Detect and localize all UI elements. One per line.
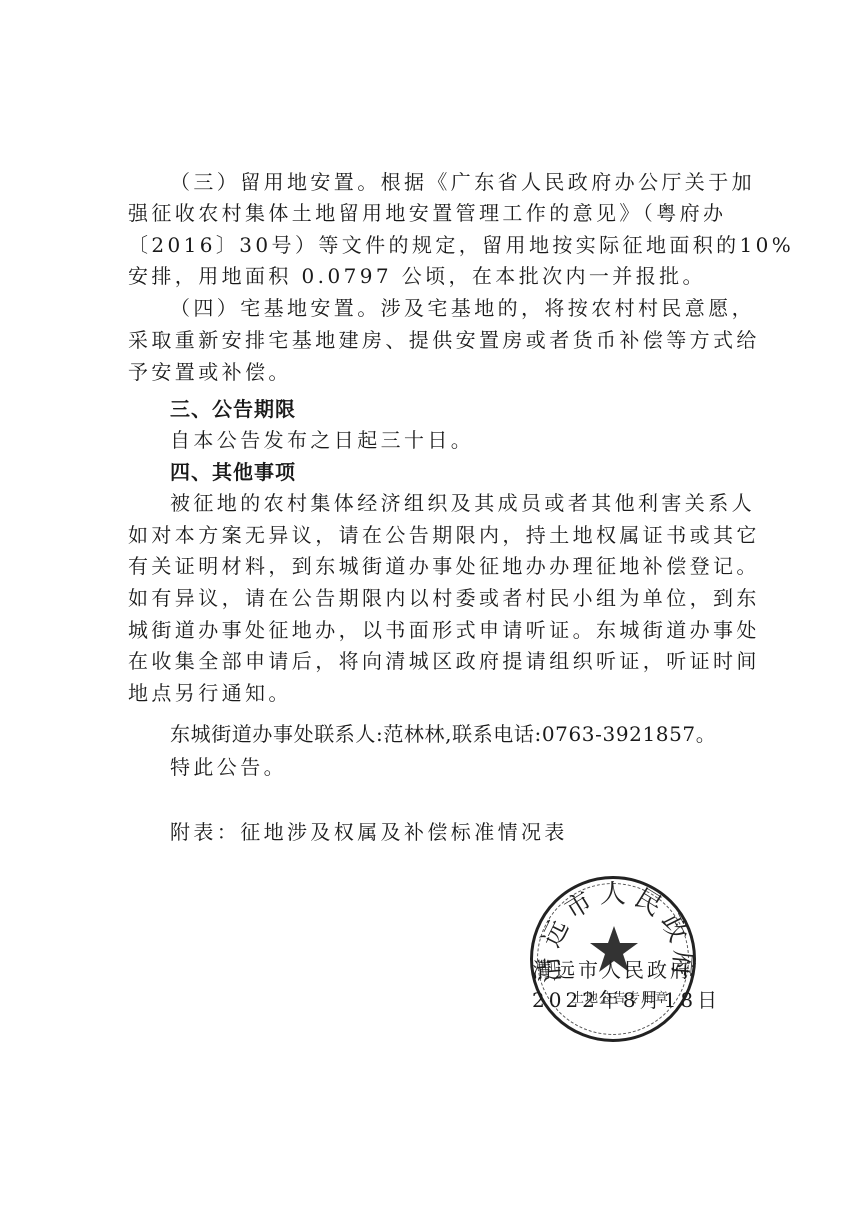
attachment-label: 附表：征地涉及权属及补偿标准情况表 bbox=[170, 820, 568, 844]
paragraph-line: 如对本方案无异议，请在公告期限内，持土地权属证书或其它 bbox=[128, 523, 760, 547]
contact-info: 东城街道办事处联系人:范林林,联系电话:0763-3921857。 bbox=[170, 722, 716, 746]
issue-date: 2022年8月18日 bbox=[532, 988, 721, 1012]
paragraph-line: 〔2016〕30号）等文件的规定，留用地按实际征地面积的10% bbox=[128, 233, 794, 257]
paragraph-line: 予安置或补偿。 bbox=[128, 360, 292, 384]
paragraph-line: 安排，用地面积 0.0797 公顷，在本批次内一并报批。 bbox=[128, 264, 706, 288]
paragraph-line: 如有异议，请在公告期限内以村委或者村民小组为单位，到东 bbox=[128, 586, 760, 610]
paragraph-line: 地点另行通知。 bbox=[128, 681, 292, 705]
paragraph-line: 有关证明材料，到东城街道办事处征地办办理征地补偿登记。 bbox=[128, 554, 760, 578]
section-body-3: 自本公告发布之日起三十日。 bbox=[170, 428, 474, 452]
issuer-name: 清远市人民政府 bbox=[532, 958, 693, 982]
section-heading-4: 四、其他事项 bbox=[170, 460, 296, 484]
paragraph-line: （四）宅基地安置。涉及宅基地的，将按农村村民意愿， bbox=[170, 296, 755, 320]
paragraph-line: 城街道办事处征地办，以书面形式申请听证。东城街道办事处 bbox=[128, 618, 760, 642]
paragraph-line: 被征地的农村集体经济组织及其成员或者其他利害关系人 bbox=[170, 491, 755, 515]
closing-text: 特此公告。 bbox=[170, 755, 287, 779]
paragraph-line: （三）留用地安置。根据《广东省人民政府办公厅关于加 bbox=[170, 170, 755, 194]
paragraph-line: 强征收农村集体土地留用地安置管理工作的意见》（粤府办 bbox=[128, 201, 726, 225]
paragraph-line: 在收集全部申请后，将向清城区政府提请组织听证，听证时间 bbox=[128, 649, 760, 673]
section-heading-3: 三、公告期限 bbox=[170, 397, 296, 421]
paragraph-line: 采取重新安排宅基地建房、提供安置房或者货币补偿等方式给 bbox=[128, 328, 760, 352]
